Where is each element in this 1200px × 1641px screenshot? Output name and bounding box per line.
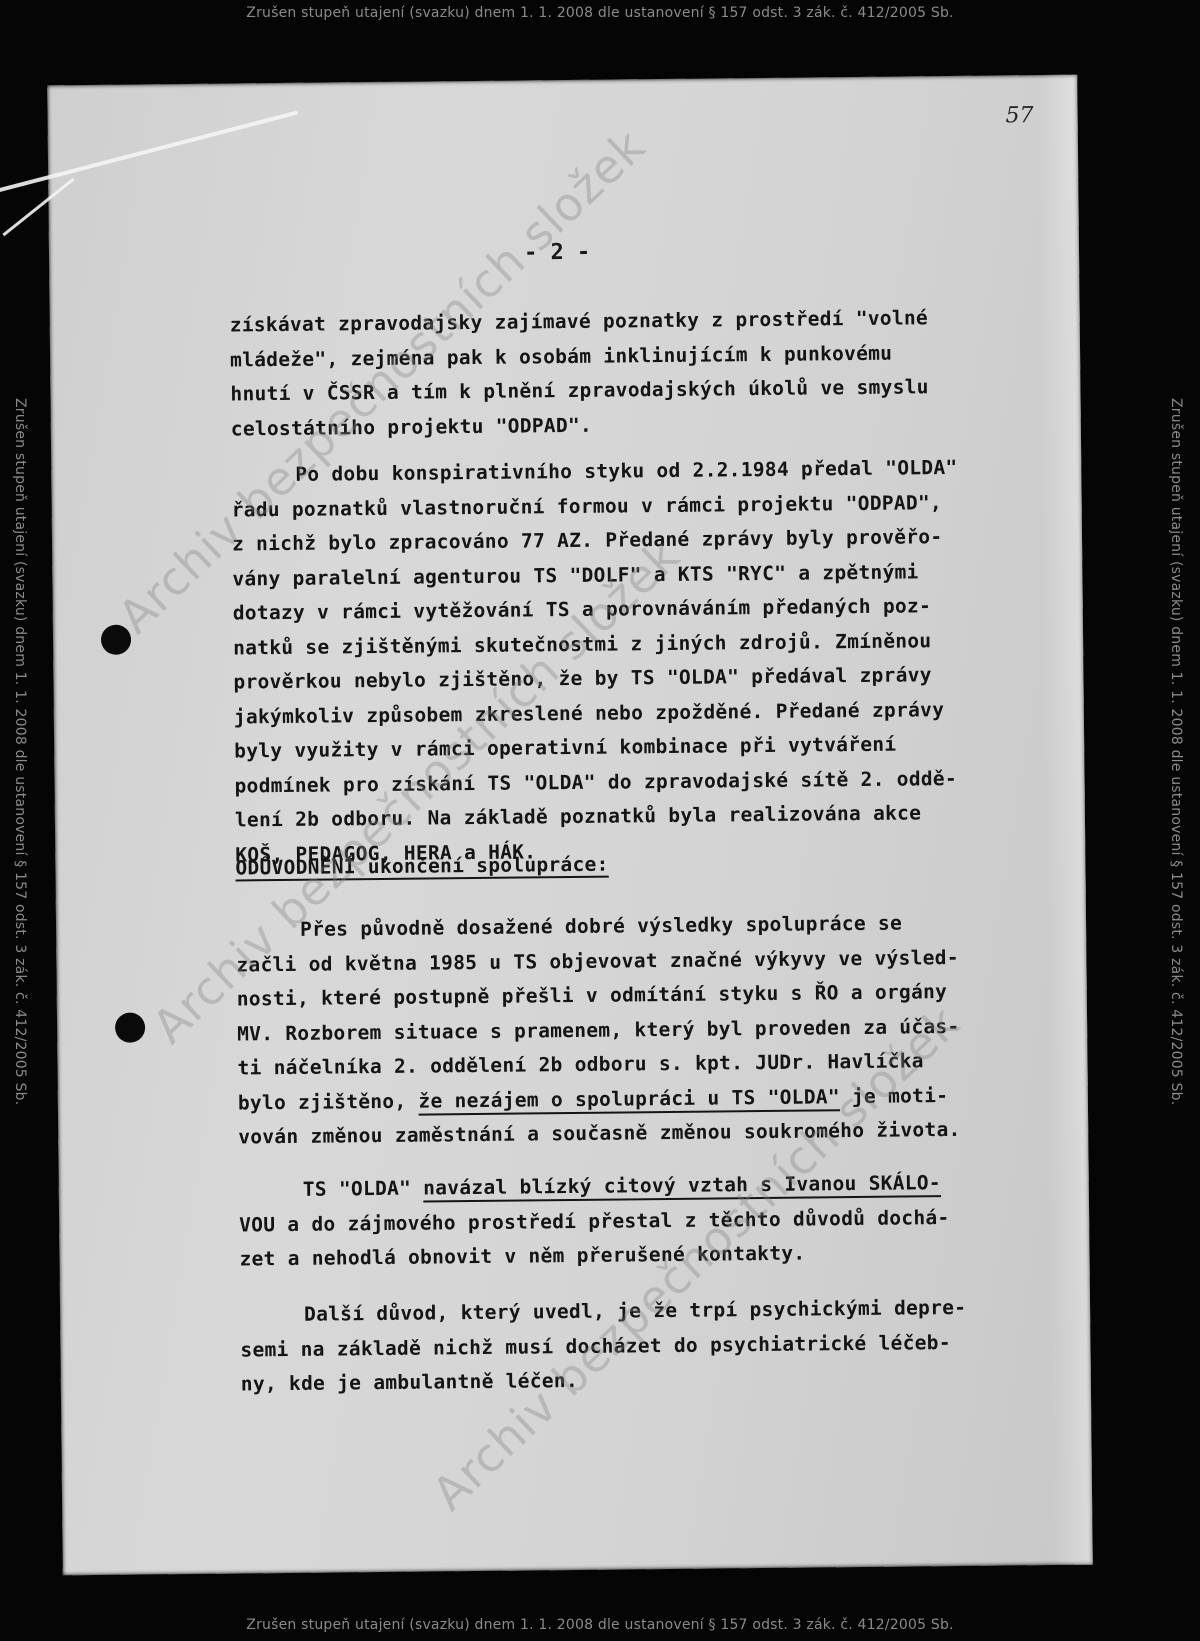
section-heading: ODŮVODNĚNÍ ukončení spolupráce: bbox=[235, 843, 1025, 886]
handwritten-folio-number: 57 bbox=[1005, 103, 1033, 128]
paragraph-findings: Po dobu konspirativního styku od 2.2.198… bbox=[231, 450, 1025, 872]
declassification-stamp-top: Zrušen stupeň utajení (svazku) dnem 1. 1… bbox=[0, 5, 1200, 21]
text-line: vován změnou zaměstnání a současně změno… bbox=[238, 1112, 1028, 1155]
paragraph-intro: získávat zpravodajsky zajímavé poznatky … bbox=[230, 300, 1021, 446]
text-line: ny, kde je ambulantně léčen. bbox=[241, 1359, 1031, 1402]
paragraph-relationship: TS "OLDA" navázal blízký citový vztah s … bbox=[239, 1165, 1030, 1277]
declassification-stamp-left: Zrušen stupeň utajení (svazku) dnem 1. 1… bbox=[12, 398, 28, 1105]
declassification-stamp-bottom: Zrušen stupeň utajení (svazku) dnem 1. 1… bbox=[0, 1617, 1200, 1633]
scan-scratch-mark bbox=[0, 110, 298, 192]
scanned-document-page: 57 - 2 - získávat zpravodajsky zajímavé … bbox=[47, 75, 1093, 1576]
paper-edge-highlight bbox=[1037, 75, 1093, 1565]
punch-hole bbox=[115, 1012, 145, 1042]
text-line: zet a nehodlá obnovit v něm přerušené ko… bbox=[239, 1234, 1029, 1277]
handwritten-underline: že nezájem o spolupráci u TS "OLDA" bbox=[418, 1085, 840, 1112]
page-number: - 2 - bbox=[524, 240, 590, 266]
paragraph-justification: Přes původně dosažené dobré výsledky spo… bbox=[236, 905, 1028, 1155]
heading-justification: ODŮVODNĚNÍ ukončení spolupráce: bbox=[235, 843, 1025, 886]
punch-hole bbox=[101, 625, 131, 655]
declassification-stamp-right: Zrušen stupeň utajení (svazku) dnem 1. 1… bbox=[1168, 398, 1184, 1105]
paragraph-health: Další důvod, který uvedl, je že trpí psy… bbox=[240, 1290, 1031, 1402]
handwritten-underline: navázal blízký citový vztah s Ivanou SKÁ… bbox=[423, 1171, 941, 1199]
